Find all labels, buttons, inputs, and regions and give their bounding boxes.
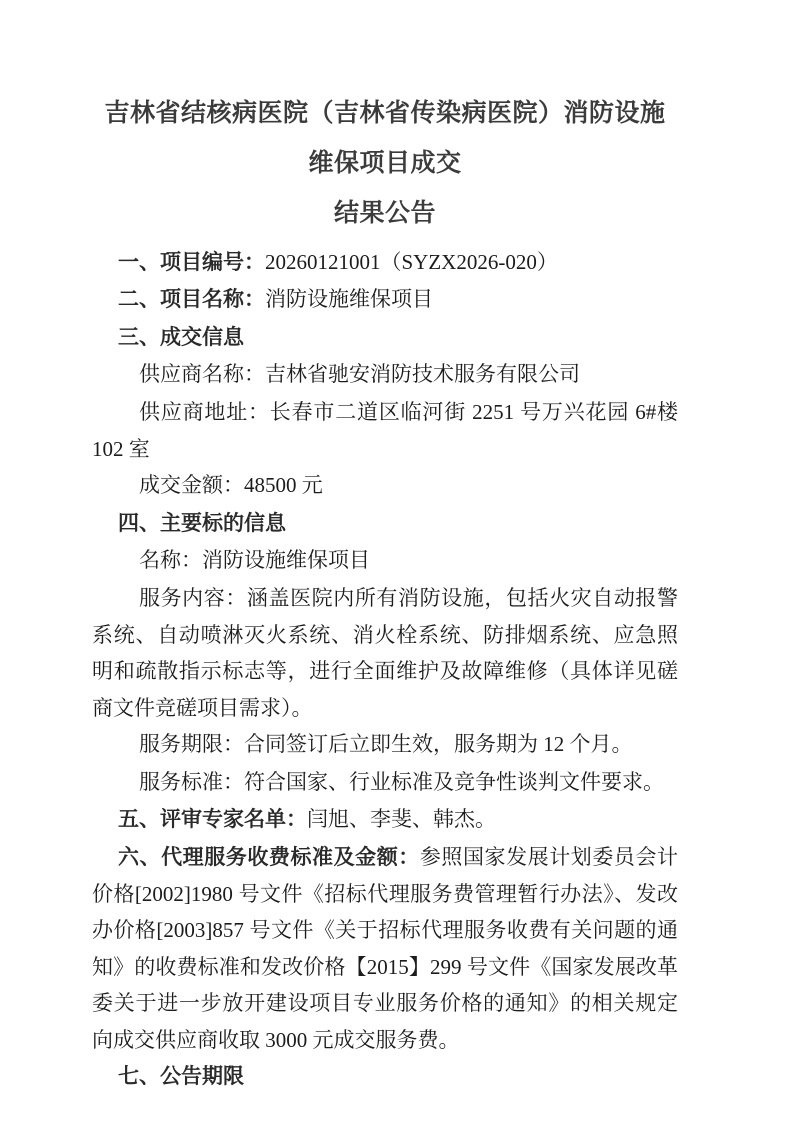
document-body: 一、项目编号：20260121001（SYZX2026-020） 二、项目名称：…	[92, 244, 678, 1095]
section-text: 服务内容：涵盖医院内所有消防设施，包括火灾自动报警系统、自动喷淋灭火系统、消火栓…	[92, 586, 678, 720]
section-text: 供应商地址：长春市二道区临河街 2251 号万兴花园 6#楼 102 室	[92, 400, 678, 461]
para-subject-info-heading: 四、主要标的信息	[92, 505, 678, 542]
section-text: 名称：消防设施维保项目	[139, 548, 370, 572]
para-project-number: 一、项目编号：20260121001（SYZX2026-020）	[92, 244, 678, 281]
section-text: 闫旭、李斐、韩杰。	[307, 807, 496, 831]
section-text: 成交金额：48500 元	[139, 473, 323, 497]
para-deal-amount: 成交金额：48500 元	[92, 467, 678, 504]
para-service-standard: 服务标准：符合国家、行业标准及竞争性谈判文件要求。	[92, 764, 678, 801]
para-project-name: 二、项目名称：消防设施维保项目	[92, 281, 678, 318]
page-title-line-1: 吉林省结核病医院（吉林省传染病医院）消防设施维保项目成交	[92, 88, 678, 188]
para-subject-name: 名称：消防设施维保项目	[92, 542, 678, 579]
para-supplier-name: 供应商名称：吉林省驰安消防技术服务有限公司	[92, 356, 678, 393]
para-service-term: 服务期限：合同签订后立即生效，服务期为 12 个月。	[92, 726, 678, 763]
section-text: 服务标准：符合国家、行业标准及竞争性谈判文件要求。	[139, 770, 664, 794]
para-announcement-period-heading: 七、公告期限	[92, 1058, 678, 1095]
section-label: 七、公告期限	[118, 1065, 244, 1088]
para-agency-fee: 六、代理服务收费标准及金额：参照国家发展计划委员会计价格[2002]1980 号…	[92, 839, 678, 1058]
section-label: 一、项目编号：	[118, 251, 265, 274]
document-page: 吉林省结核病医院（吉林省传染病医院）消防设施维保项目成交 结果公告 一、项目编号…	[0, 0, 794, 1123]
document-content: 吉林省结核病医院（吉林省传染病医院）消防设施维保项目成交 结果公告 一、项目编号…	[92, 0, 678, 1095]
section-label: 四、主要标的信息	[118, 512, 286, 535]
section-text: 供应商名称：吉林省驰安消防技术服务有限公司	[139, 362, 580, 386]
para-deal-info-heading: 三、成交信息	[92, 319, 678, 356]
para-expert-list: 五、评审专家名单：闫旭、李斐、韩杰。	[92, 801, 678, 838]
section-text: 服务期限：合同签订后立即生效，服务期为 12 个月。	[139, 732, 633, 756]
section-text: 参照国家发展计划委员会计价格[2002]1980 号文件《招标代理服务费管理暂行…	[92, 845, 678, 1052]
page-title-line-2: 结果公告	[92, 188, 678, 238]
section-label: 六、代理服务收费标准及金额：	[118, 846, 420, 869]
para-service-content: 服务内容：涵盖医院内所有消防设施，包括火灾自动报警系统、自动喷淋灭火系统、消火栓…	[92, 580, 678, 727]
page-title: 吉林省结核病医院（吉林省传染病医院）消防设施维保项目成交 结果公告	[92, 88, 678, 238]
section-text: 消防设施维保项目	[265, 287, 433, 311]
section-label: 五、评审专家名单：	[118, 808, 307, 831]
section-text: 20260121001（SYZX2026-020）	[265, 250, 558, 274]
section-label: 二、项目名称：	[118, 288, 265, 311]
section-label: 三、成交信息	[118, 326, 244, 349]
para-supplier-address: 供应商地址：长春市二道区临河街 2251 号万兴花园 6#楼 102 室	[92, 394, 678, 468]
